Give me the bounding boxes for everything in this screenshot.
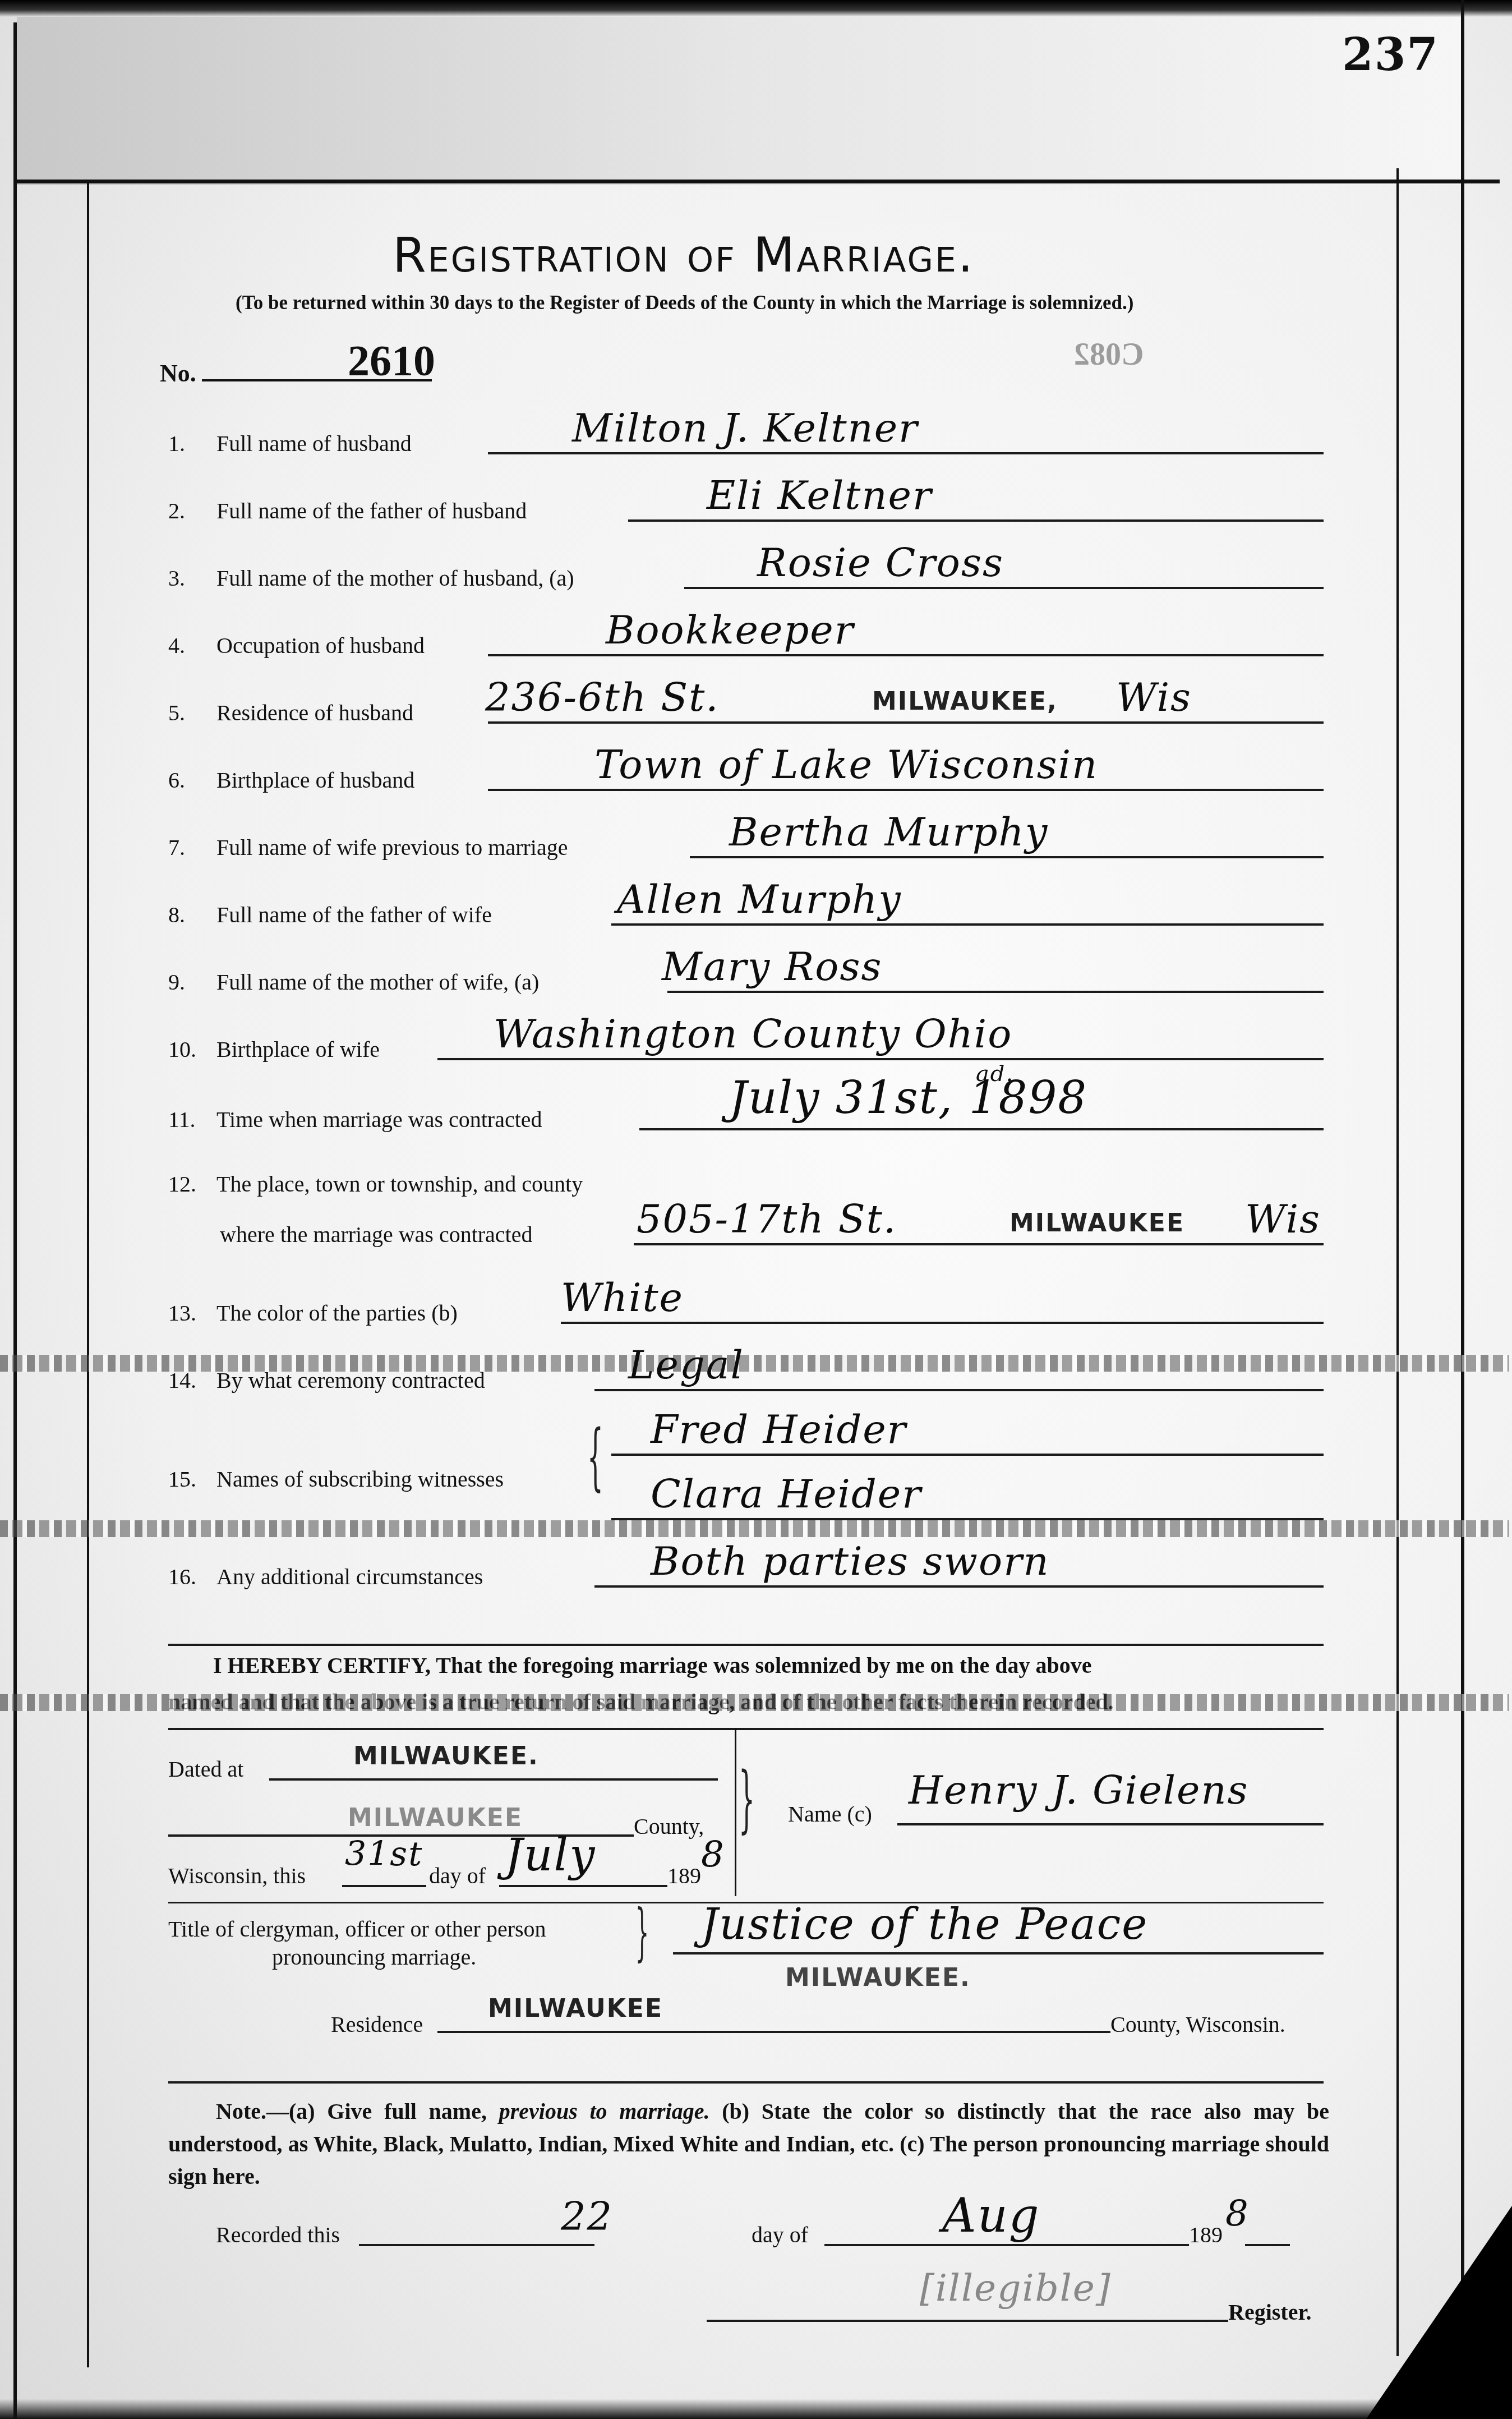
city-stamp: MILWAUKEE — [1009, 1209, 1184, 1238]
field-number: 16. — [168, 1563, 196, 1590]
field-number: 9. — [168, 969, 185, 995]
county-stamp: MILWAUKEE — [348, 1804, 523, 1832]
field-husband-name: 1. Full name of husband Milton J. Keltne… — [168, 393, 1324, 460]
field-number: 15. — [168, 1466, 196, 1492]
field-number: 7. — [168, 834, 185, 861]
field-color-of-parties: 13. The color of the parties (b) White — [168, 1262, 1324, 1330]
field-witnesses: 15. Names of subscribing witnesses { Fre… — [168, 1391, 1324, 1526]
field-rule — [611, 923, 1324, 926]
register-signature: [illegible] — [920, 2266, 1112, 2310]
ledger-margin-line — [87, 180, 89, 2367]
brace-bracket: } — [635, 1896, 649, 1968]
field-label: Time when marriage was contracted — [216, 1106, 542, 1133]
section-rule — [168, 2081, 1324, 2084]
field-ceremony: 14. By what ceremony contracted Legal — [168, 1330, 1324, 1397]
day-of-label: day of — [429, 1862, 486, 1889]
field-label: Birthplace of wife — [216, 1036, 380, 1063]
block-divider — [735, 1728, 736, 1896]
document-page: 237 Registration of Marriage. (To be ret… — [0, 0, 1512, 2419]
ledger-right-margin-line — [1396, 168, 1399, 2356]
recorded-month-rule — [824, 2244, 1189, 2246]
witness-1: Fred Heider — [651, 1406, 907, 1452]
field-marriage-place: 12. The place, town or township, and cou… — [168, 1139, 1324, 1251]
ledger-right-border — [1461, 0, 1464, 2419]
witness-2: Clara Heider — [651, 1471, 922, 1517]
field-rule — [628, 519, 1324, 522]
field-rule — [561, 1322, 1324, 1324]
recorded-year-rule — [1245, 2244, 1290, 2246]
field-label: Names of subscribing witnesses — [216, 1466, 504, 1492]
field-rule — [594, 1585, 1324, 1588]
officiant-name-label: Name (c) — [788, 1801, 872, 1827]
officiant-title-stamp: MILWAUKEE. — [785, 1963, 971, 1992]
field-value: Rosie Cross — [757, 540, 1004, 586]
field-rule — [639, 1128, 1324, 1130]
note-italic: previous to marriage. — [499, 2099, 710, 2124]
recorded-day-value: 22 — [561, 2193, 613, 2239]
field-value-suffix: Wis — [1245, 1196, 1321, 1242]
field-rule — [684, 587, 1324, 589]
field-number: 3. — [168, 565, 185, 591]
county-label: County, — [634, 1813, 704, 1839]
recorded-year-prefix: 189 — [1189, 2222, 1223, 2248]
dated-at-stamp: MILWAUKEE. — [353, 1742, 539, 1770]
recorded-month-value: Aug — [942, 2188, 1040, 2243]
field-additional-circumstances: 16. Any additional circumstances Both pa… — [168, 1526, 1324, 1593]
officiant-title-label-2: pronouncing marriage. — [272, 1944, 476, 1970]
field-value: Allen Murphy — [617, 876, 902, 922]
residence-label: Residence — [331, 2011, 423, 2038]
field-label: Full name of the mother of wife, (a) — [216, 969, 539, 995]
residence-rule — [437, 2031, 1110, 2033]
field-label: Any additional circumstances — [216, 1563, 483, 1590]
field-value-superscript: ad. — [976, 1061, 1014, 1087]
field-rule — [611, 1454, 1324, 1456]
field-number: 6. — [168, 767, 185, 793]
field-number: 13. — [168, 1300, 196, 1326]
scan-edge-shadow — [0, 2399, 1512, 2419]
brace-bracket: } — [739, 1756, 755, 1841]
field-husband-birthplace: 6. Birthplace of husband Town of Lake Wi… — [168, 729, 1324, 797]
field-label: Full name of the father of husband — [216, 498, 527, 524]
dated-at-label: Dated at — [168, 1756, 243, 1782]
field-value: 505-17th St. — [637, 1196, 897, 1242]
field-label: Birthplace of husband — [216, 767, 414, 793]
registration-no-label: No. — [160, 359, 196, 388]
dated-at-rule — [269, 1778, 718, 1781]
field-value: Bertha Murphy — [729, 809, 1048, 855]
scan-corner-shadow — [1366, 2206, 1512, 2419]
form-note: Note.—(a) Give full name, previous to ma… — [168, 2095, 1329, 2193]
field-label: Occupation of husband — [216, 632, 425, 659]
field-number: 11. — [168, 1106, 196, 1133]
scan-edge-shadow — [0, 0, 1512, 17]
field-wife-father: 8. Full name of the father of wife Allen… — [168, 864, 1324, 931]
field-husband-father: 2. Full name of the father of husband El… — [168, 460, 1324, 527]
city-stamp: MILWAUKEE, — [872, 687, 1058, 716]
certification-line-1: I HEREBY CERTIFY, That the foregoing mar… — [213, 1652, 1091, 1678]
residence-suffix: County, Wisconsin. — [1110, 2011, 1285, 2038]
field-marriage-date: 11. Time when marriage was contracted Ju… — [168, 1069, 1324, 1136]
note-prefix: Note.—(a) Give full name, — [216, 2099, 499, 2124]
field-wife-name: 7. Full name of wife previous to marriag… — [168, 797, 1324, 864]
field-rule — [488, 789, 1324, 791]
field-label: Full name of the father of wife — [216, 902, 492, 928]
bleed-through-number: C082 — [1074, 337, 1144, 372]
dated-month-value: July — [505, 1829, 596, 1881]
field-value-suffix: Wis — [1116, 674, 1192, 720]
field-number: 12. — [168, 1171, 196, 1197]
field-value: Town of Lake Wisconsin — [594, 742, 1098, 788]
field-number: 10. — [168, 1036, 196, 1063]
field-value: Milton J. Keltner — [572, 405, 919, 451]
section-rule — [168, 1644, 1324, 1646]
form-subtitle: (To be returned within 30 days to the Re… — [236, 292, 1134, 314]
field-label: The place, town or township, and county — [216, 1171, 583, 1197]
officiant-name-value: Henry J. Gielens — [909, 1767, 1249, 1813]
field-label: By what ceremony contracted — [216, 1367, 485, 1394]
field-rule — [488, 721, 1324, 724]
field-husband-residence: 5. Residence of husband 236-6th St. MILW… — [168, 662, 1324, 729]
day-rule — [342, 1885, 426, 1887]
residence-stamp: MILWAUKEE — [488, 1994, 663, 2023]
field-label: Full name of wife previous to marriage — [216, 834, 568, 861]
recorded-year-suffix: 8 — [1225, 2193, 1250, 2235]
field-number: 1. — [168, 430, 185, 457]
recorded-day-rule — [359, 2244, 594, 2246]
field-wife-birthplace: 10. Birthplace of wife Washington County… — [168, 999, 1324, 1066]
month-rule — [499, 1885, 667, 1887]
field-rule — [667, 991, 1324, 993]
field-value: 236-6th St. — [485, 674, 720, 720]
register-signature-rule — [707, 2320, 1228, 2322]
field-rule — [634, 1243, 1324, 1245]
dated-year-suffix: 8 — [701, 1834, 725, 1876]
field-value: Mary Ross — [662, 944, 882, 990]
field-value: White — [561, 1275, 684, 1321]
field-value: July 31st, 1898 — [729, 1071, 1087, 1124]
section-rule — [168, 1728, 1324, 1730]
recorded-day-of-label: day of — [752, 2222, 808, 2248]
field-label: Full name of the mother of husband, (a) — [216, 565, 574, 591]
page-tear — [0, 1694, 1509, 1711]
registration-no-value: 2610 — [348, 335, 435, 386]
officiant-title-label-1: Title of clergyman, officer or other per… — [168, 1916, 546, 1942]
field-label: The color of the parties (b) — [216, 1300, 458, 1326]
officiant-title-value: Justice of the Peace — [701, 1899, 1148, 1949]
field-number: 2. — [168, 498, 185, 524]
register-label: Register. — [1228, 2299, 1311, 2325]
field-label: Residence of husband — [216, 700, 413, 726]
field-number: 5. — [168, 700, 185, 726]
field-label: Full name of husband — [216, 430, 412, 457]
field-rule — [488, 452, 1324, 454]
dated-day-value: 31st — [345, 1834, 423, 1874]
form-title: Registration of Marriage. — [393, 227, 975, 283]
field-number: 14. — [168, 1367, 196, 1394]
field-rule — [437, 1058, 1324, 1060]
brace-bracket: { — [587, 1414, 603, 1499]
field-value: Eli Keltner — [707, 472, 932, 518]
field-wife-mother: 9. Full name of the mother of wife, (a) … — [168, 931, 1324, 999]
field-husband-occupation: 4. Occupation of husband Bookkeeper — [168, 595, 1324, 662]
ledger-header-band — [17, 17, 1464, 185]
field-value: Washington County Ohio — [494, 1011, 1012, 1057]
field-label-continued: where the marriage was contracted — [220, 1221, 532, 1248]
field-number: 8. — [168, 902, 185, 928]
page-number: 237 — [1342, 28, 1439, 81]
recorded-this-label: Recorded this — [216, 2222, 340, 2248]
field-value: Both parties sworn — [651, 1538, 1050, 1584]
field-number: 4. — [168, 632, 185, 659]
field-rule — [690, 856, 1324, 858]
field-value: Bookkeeper — [606, 607, 854, 653]
officiant-name-rule — [897, 1823, 1324, 1825]
year-prefix-label: 189 — [667, 1862, 701, 1889]
ledger-left-border — [13, 22, 17, 2419]
field-rule — [488, 654, 1324, 656]
field-value: Legal — [628, 1342, 744, 1388]
officiant-title-rule — [673, 1952, 1324, 1954]
ledger-header-rule — [13, 180, 1500, 183]
wisconsin-this-label: Wisconsin, this — [168, 1862, 306, 1889]
field-husband-mother: 3. Full name of the mother of husband, (… — [168, 527, 1324, 595]
